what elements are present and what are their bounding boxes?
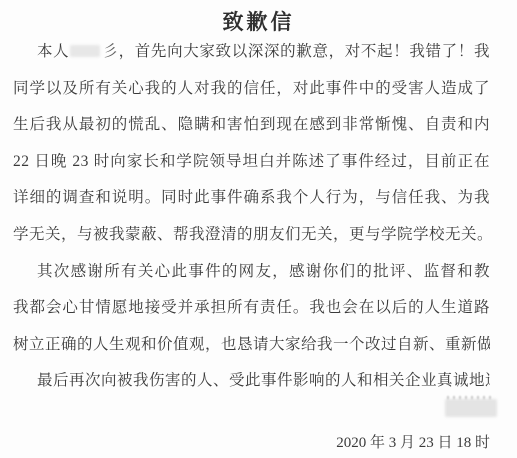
paragraph1-line1: 本人彡，首先向大家致以深深的歉意，对不起！我错了！我辜负了学校领导、老师、 <box>13 34 490 71</box>
paragraph2-line2: 我都会心甘情愿地接受并承担所有责任。我也会在以后的人生道路上汲取这次深刻的教训， <box>13 290 490 327</box>
letter-title: 致歉信 <box>0 6 517 36</box>
redacted-name-blur <box>70 45 100 57</box>
paragraph1-line5: 详细的调查和说明。同时此事件确系我个人行为，与信任我、为我发声的向师兄、朋友钱同 <box>13 180 490 217</box>
redacted-signature-blur <box>445 399 497 417</box>
letter-body: 本人彡，首先向大家致以深深的歉意，对不起！我错了！我辜负了学校领导、老师、 同学… <box>13 34 490 400</box>
paragraph1-line4: 22 日晚 23 时向家长和学院领导坦白并陈述了事件经过，目前正在积极配合学院对… <box>13 144 490 181</box>
paragraph1-line6: 学无关，与被我蒙蔽、帮我澄清的朋友们无关，更与学院学校无关。 <box>13 217 490 254</box>
paragraph1-prefix: 本人 <box>37 43 69 60</box>
redacted-name-fragment: 彡 <box>102 43 118 60</box>
letter-date: 2020 年 3 月 23 日 18 时 <box>336 432 490 454</box>
paragraph2-line1: 其次感谢所有关心此事件的网友，感谢你们的批评、监督和教育。无论未来结果如何， <box>13 254 490 291</box>
paragraph3-line1: 最后再次向被我伤害的人、受此事件影响的人和相关企业真诚地道一声：对不起！ <box>13 363 490 400</box>
apology-letter-page: 致歉信 本人彡，首先向大家致以深深的歉意，对不起！我错了！我辜负了学校领导、老师… <box>0 0 517 458</box>
paragraph2-line3: 树立正确的人生观和价值观，也恳请大家给我一个改过自新、重新做人的机会！ <box>13 327 490 364</box>
paragraph1-line2: 同学以及所有关心我的人对我的信任，对此事件中的受害人造成了极其严重的伤害。事件发 <box>13 71 490 108</box>
paragraph1-line3: 生后我从最初的慌乱、隐瞒和害怕到现在感到非常惭愧、自责和内疚。我已于 2020 … <box>13 107 490 144</box>
